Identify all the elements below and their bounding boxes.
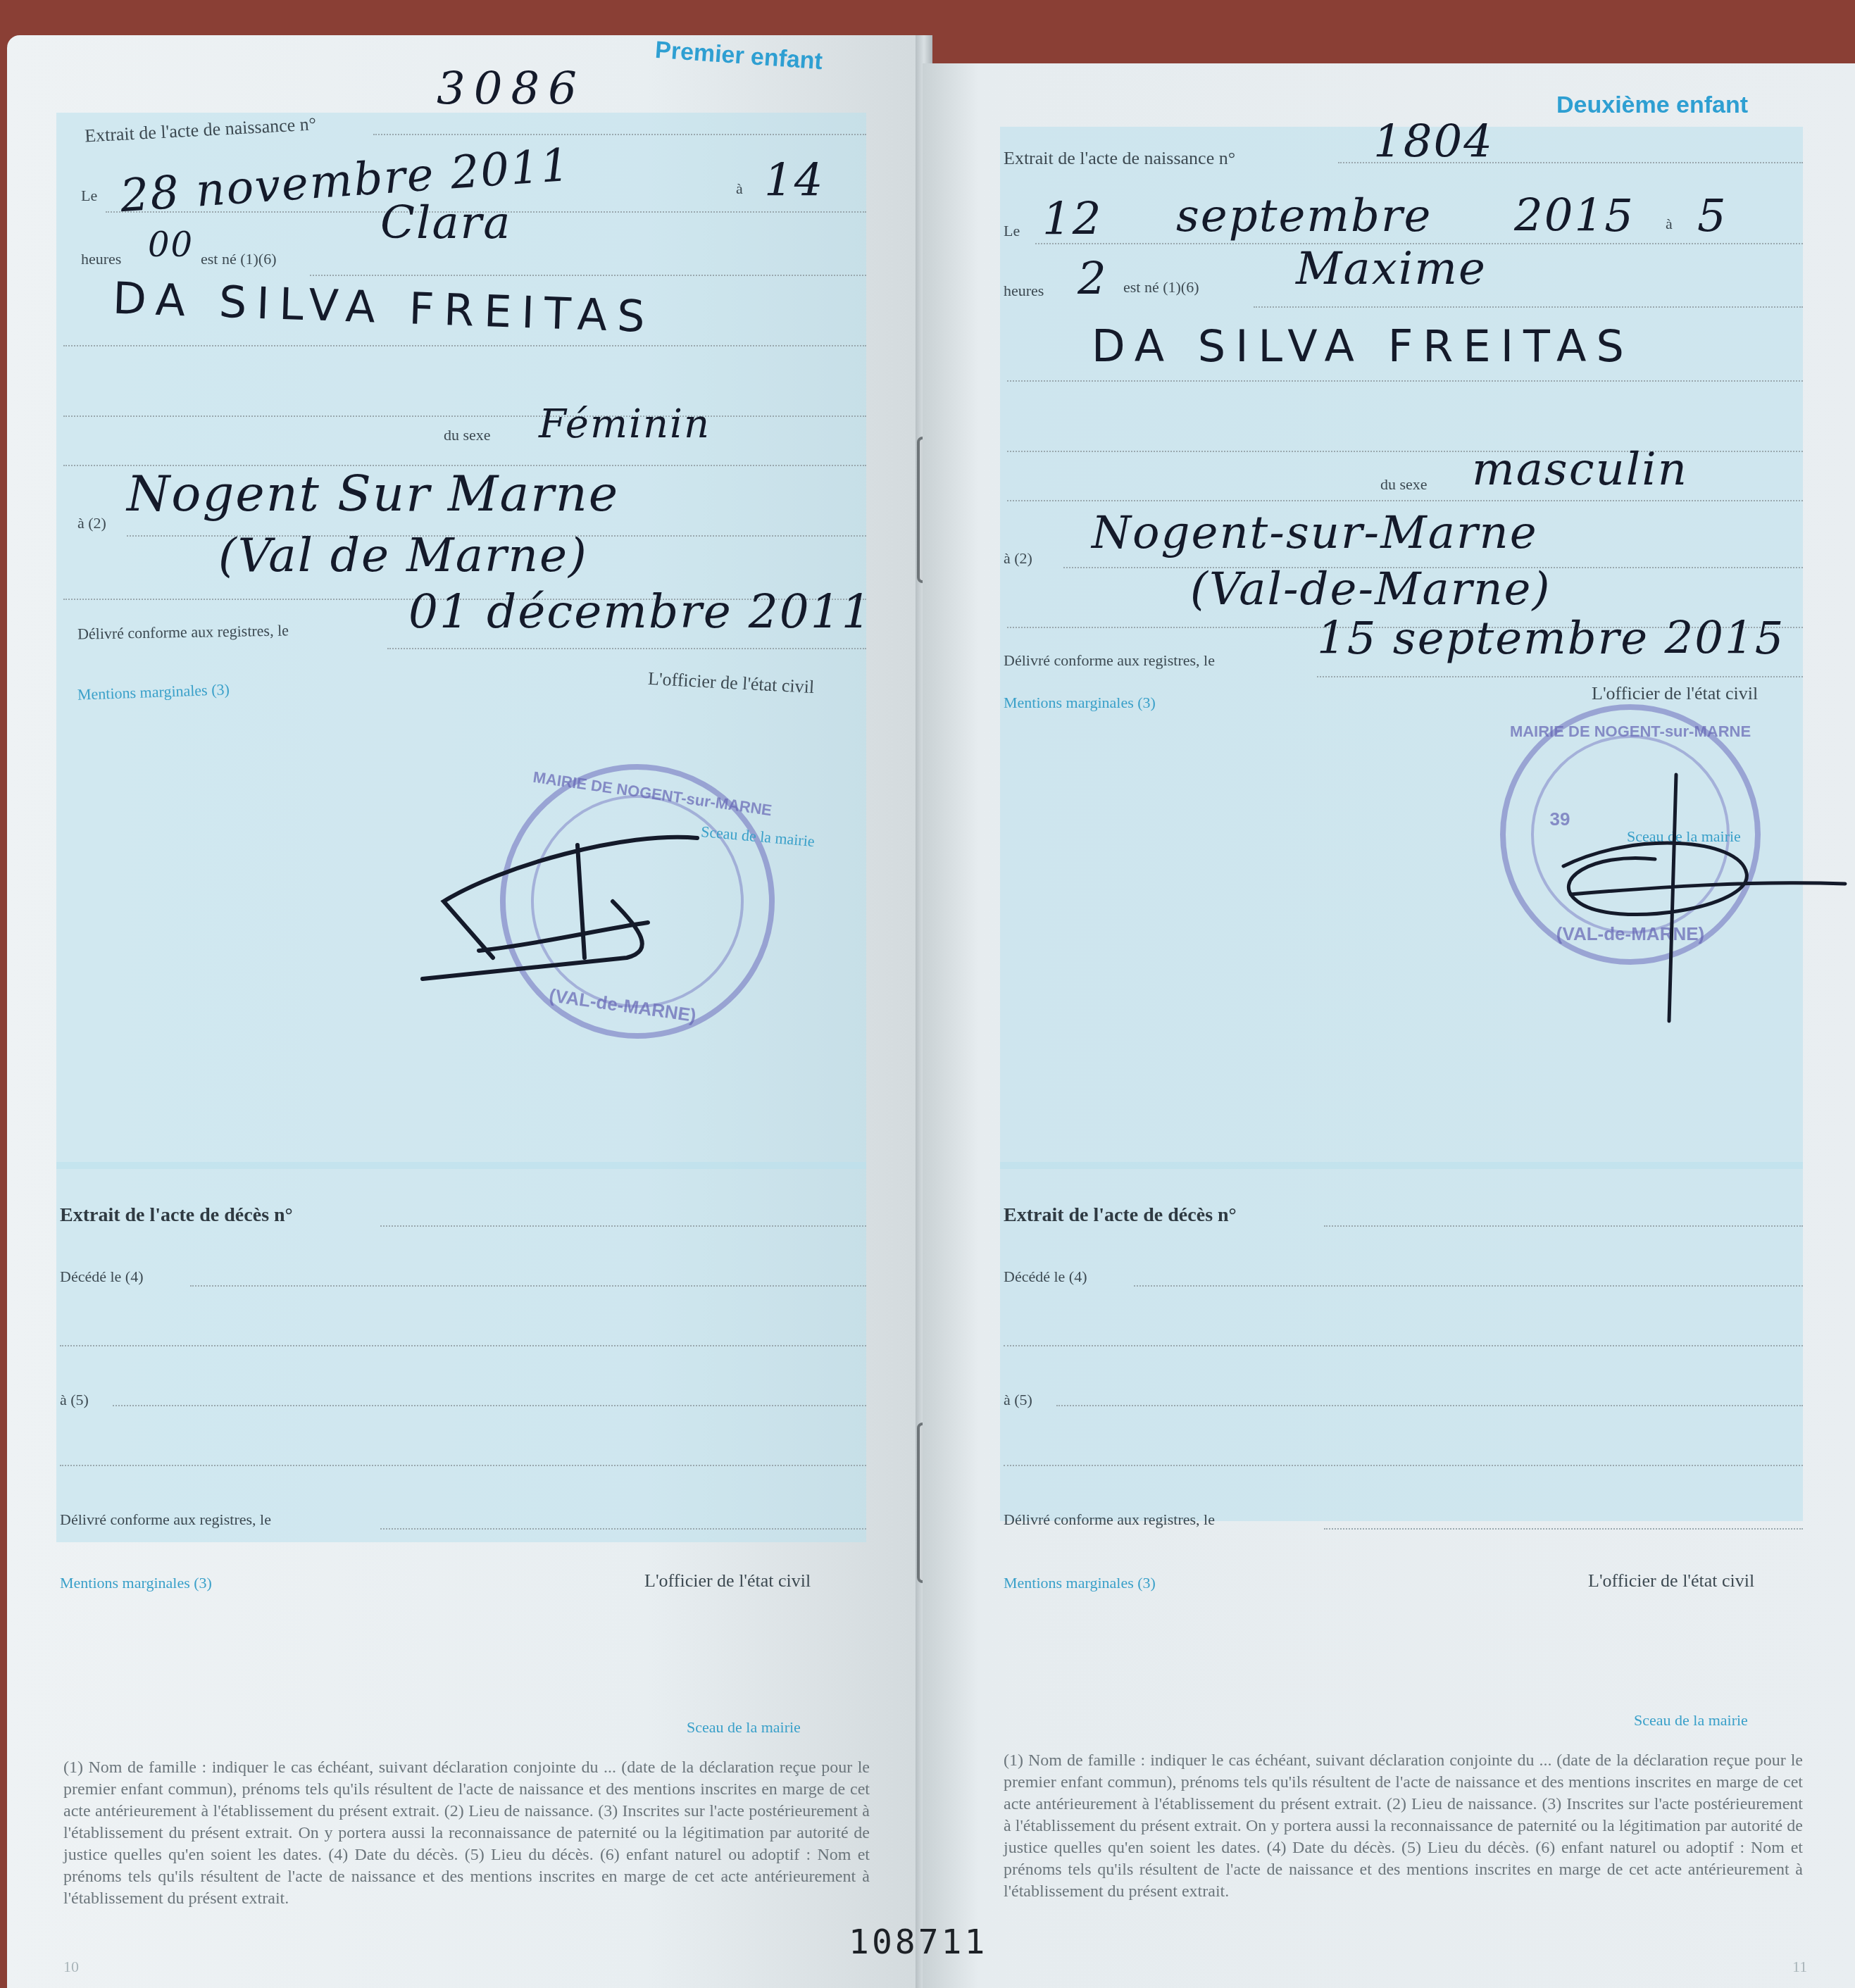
- officier-label: L'officier de l'état civil: [1592, 683, 1758, 704]
- dotted-line: [63, 415, 866, 417]
- dotted-line: [373, 134, 866, 135]
- birth-minutes[interactable]: 2: [1078, 254, 1108, 306]
- page-deuxieme-enfant: Deuxième enfant Extrait de l'acte de nai…: [923, 63, 1855, 1988]
- dotted-line: [113, 1405, 866, 1406]
- dotted-line: [1324, 1225, 1803, 1227]
- dotted-line: [60, 1345, 866, 1346]
- sexe-label: du sexe: [1380, 475, 1428, 494]
- est-ne-label: est né (1)(6): [1123, 278, 1199, 296]
- dotted-line: [1007, 500, 1803, 501]
- death-mentions-label: Mentions marginales (3): [60, 1574, 212, 1592]
- sexe-value[interactable]: masculin: [1472, 444, 1688, 496]
- dotted-line: [190, 1285, 866, 1287]
- section-heading: Premier enfant: [654, 37, 823, 76]
- decede-label: Décédé le (4): [1004, 1268, 1087, 1286]
- delivre-label: Délivré conforme aux registres, le: [77, 621, 289, 643]
- dotted-line: [310, 275, 866, 276]
- dotted-line: [60, 1465, 866, 1466]
- dotted-line: [1004, 1465, 1803, 1466]
- delivre-label: Délivré conforme aux registres, le: [1004, 651, 1215, 670]
- birth-place-line1[interactable]: Nogent Sur Marne: [127, 465, 619, 523]
- dotted-line: [63, 345, 866, 346]
- page-number: 11: [1792, 1958, 1807, 1976]
- birth-extract-label: Extrait de l'acte de naissance n°: [1004, 148, 1235, 169]
- est-ne-label: est né (1)(6): [201, 250, 277, 268]
- officer-signature: [1528, 768, 1852, 1035]
- dotted-line: [1056, 1405, 1803, 1406]
- birth-extract-number[interactable]: 1804: [1373, 116, 1494, 168]
- death-extract-label: Extrait de l'acte de décès n°: [1004, 1204, 1237, 1227]
- birth-hour[interactable]: 14: [764, 155, 824, 207]
- decede-label: Décédé le (4): [60, 1268, 143, 1286]
- first-name[interactable]: Maxime: [1296, 243, 1487, 295]
- heures-label: heures: [1004, 282, 1044, 300]
- birth-date-year[interactable]: 2015: [1514, 190, 1635, 242]
- death-sceau-label: Sceau de la mairie: [687, 1718, 801, 1737]
- death-officier-label: L'officier de l'état civil: [1588, 1570, 1754, 1592]
- death-lieu-label: à (5): [1004, 1391, 1032, 1409]
- dotted-line: [1007, 380, 1803, 382]
- a-label: à: [736, 180, 743, 198]
- sexe-label: du sexe: [444, 426, 491, 444]
- death-delivre-label: Délivré conforme aux registres, le: [60, 1511, 271, 1529]
- birth-hour[interactable]: 5: [1697, 190, 1728, 242]
- a-label: à: [1666, 215, 1673, 233]
- mentions-marginales-label: Mentions marginales (3): [1004, 694, 1156, 712]
- seal-top-text: MAIRIE DE NOGENT-sur-MARNE: [1506, 723, 1755, 741]
- officer-signature: [416, 824, 711, 986]
- dotted-line: [1004, 1345, 1803, 1346]
- footnote-text: (1) Nom de famille : indiquer le cas éch…: [1004, 1750, 1803, 1903]
- sexe-value[interactable]: Féminin: [539, 401, 711, 447]
- le-label: Le: [1004, 222, 1020, 240]
- dotted-line: [1254, 306, 1803, 308]
- dotted-line: [1317, 676, 1803, 677]
- death-lieu-label: à (5): [60, 1391, 89, 1409]
- death-officier-label: L'officier de l'état civil: [644, 1570, 811, 1592]
- heures-label: heures: [81, 250, 121, 268]
- dotted-line: [1134, 1285, 1803, 1287]
- family-booklet: Premier enfant Extrait de l'acte de nais…: [7, 35, 1855, 1988]
- dotted-line: [387, 648, 866, 649]
- death-sceau-label: Sceau de la mairie: [1634, 1711, 1748, 1730]
- death-mentions-label: Mentions marginales (3): [1004, 1574, 1156, 1592]
- dotted-line: [1324, 1528, 1803, 1530]
- dotted-line: [380, 1528, 866, 1530]
- lieu-label: à (2): [1004, 549, 1032, 568]
- lieu-label: à (2): [77, 514, 106, 532]
- birth-place-line1[interactable]: Nogent-sur-Marne: [1092, 507, 1538, 559]
- birth-place-line2[interactable]: (Val-de-Marne): [1190, 563, 1551, 615]
- death-extract-label: Extrait de l'acte de décès n°: [60, 1204, 293, 1227]
- dotted-line: [1338, 162, 1803, 163]
- page-number: 10: [63, 1958, 79, 1976]
- page-premier-enfant: Premier enfant Extrait de l'acte de nais…: [7, 35, 923, 1988]
- birth-place-line2[interactable]: (Val de Marne): [218, 528, 588, 582]
- birth-extract-number[interactable]: 3086: [437, 63, 585, 115]
- le-label: Le: [81, 187, 97, 205]
- section-heading: Deuxième enfant: [1556, 92, 1748, 119]
- delivre-date[interactable]: 15 septembre 2015: [1317, 613, 1785, 665]
- delivre-date[interactable]: 01 décembre 2011: [408, 584, 873, 639]
- footnote-text: (1) Nom de famille : indiquer le cas éch…: [63, 1757, 870, 1910]
- surname[interactable]: DA SILVA FREITAS: [1092, 320, 1634, 372]
- birth-minutes[interactable]: 00: [148, 225, 194, 265]
- first-name[interactable]: Clara: [380, 197, 511, 249]
- dotted-line: [380, 1225, 866, 1227]
- birth-date-day[interactable]: 12: [1042, 194, 1102, 246]
- death-delivre-label: Délivré conforme aux registres, le: [1004, 1511, 1215, 1529]
- serial-number: 108711: [849, 1923, 987, 1962]
- birth-date-month[interactable]: septembre: [1176, 190, 1432, 242]
